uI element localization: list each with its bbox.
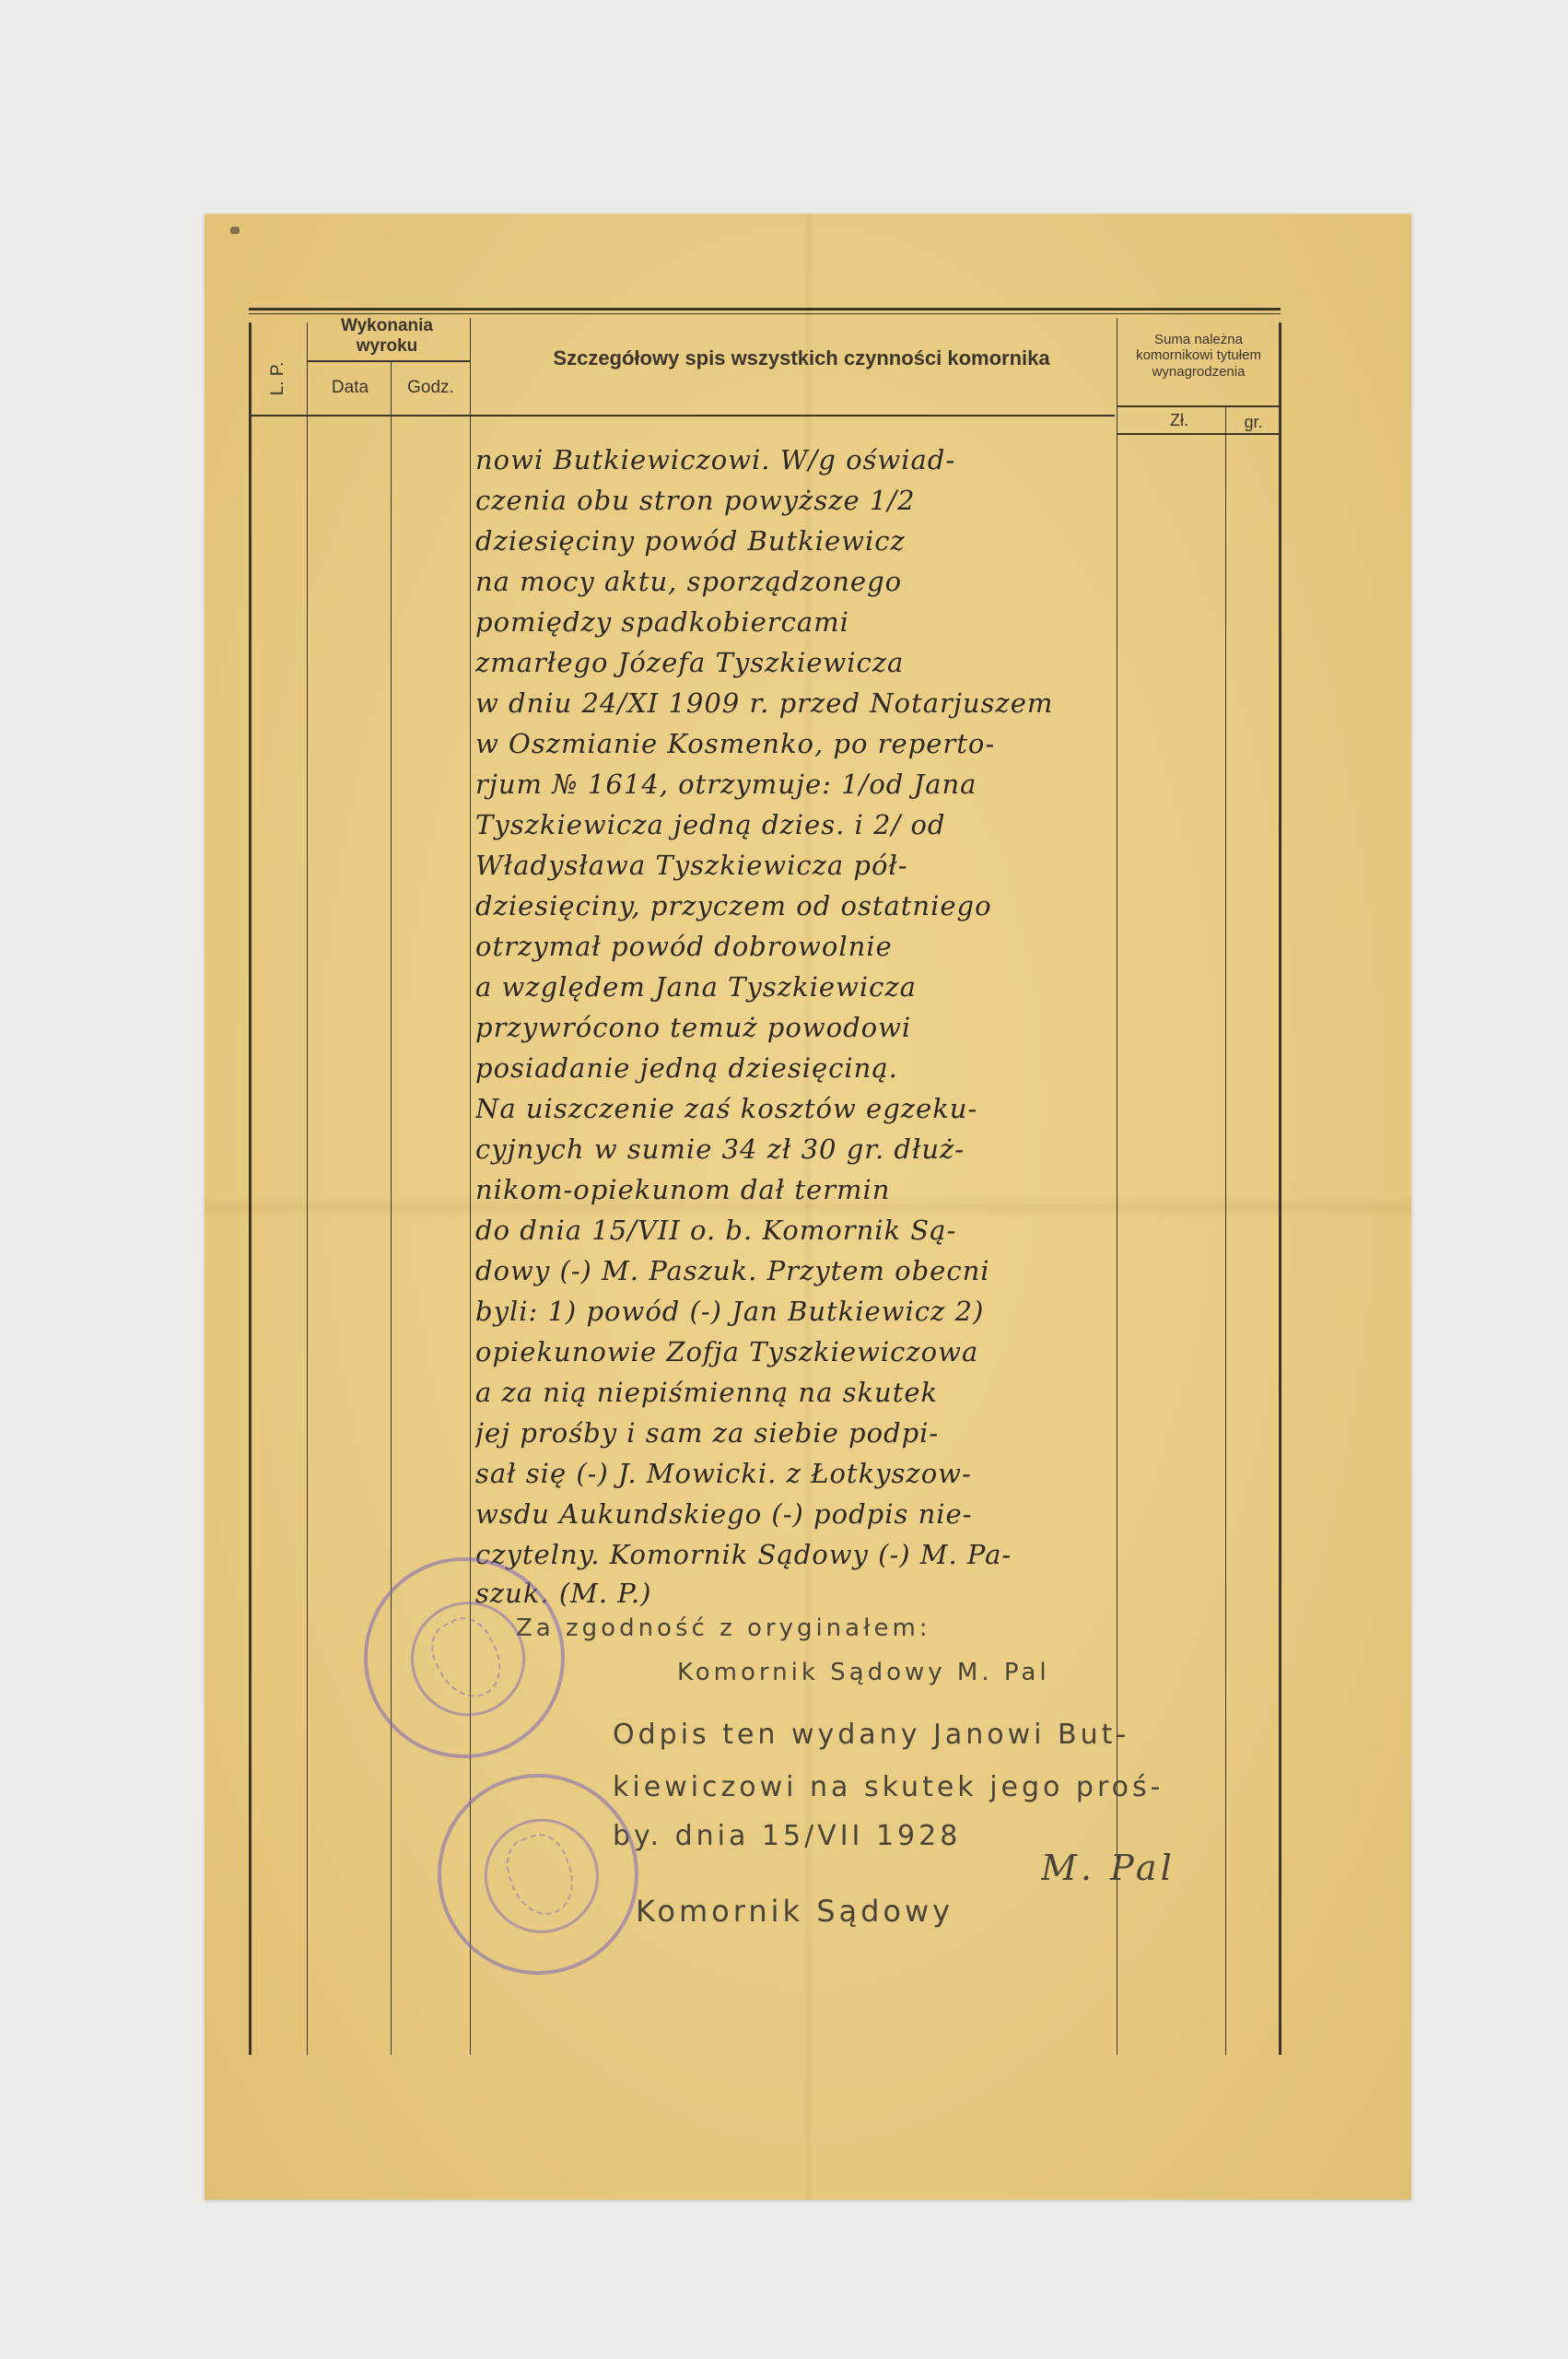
- hw-line: do dnia 15/VII o. b. Komornik Są-: [475, 1215, 1139, 1246]
- zl-column-label: Zł.: [1142, 411, 1216, 430]
- hw-line: rjum № 1614, otrzymuje: 1/od Jana: [475, 769, 1139, 800]
- ink-stain: [230, 227, 240, 234]
- zl-gr-divider: [1225, 407, 1226, 2055]
- main-column-title: Szczegółowy spis wszystkich czynności ko…: [544, 341, 1059, 377]
- hour-column-label: Godz.: [392, 378, 470, 398]
- hw-line: szuk. (M. P.): [475, 1578, 1139, 1609]
- hw-line: a względem Jana Tyszkiewicza: [475, 971, 1139, 1003]
- hw-line: wsdu Aukundskiego (-) podpis nie-: [475, 1498, 1139, 1530]
- hw-line: na mocy aktu, sporządzonego: [475, 566, 1139, 597]
- hw-line: Tyszkiewicza jedną dzies. i 2/ od: [475, 809, 1139, 840]
- hw-line: a za nią niepiśmienną na skutek: [475, 1377, 1139, 1408]
- signature-label: Komornik Sądowy: [636, 1894, 1096, 1929]
- hw-line: dowy (-) M. Paszuk. Przytem obecni: [475, 1255, 1139, 1286]
- left-border: [249, 323, 252, 2055]
- hw-line: dziesięciny, przyczem od ostatniego: [475, 890, 1139, 921]
- hw-line: w dniu 24/XI 1909 r. przed Notarjuszem: [475, 687, 1139, 719]
- certification-signature: Komornik Sądowy M. Pal: [677, 1659, 1340, 1686]
- data-godz-divider: [391, 362, 392, 2055]
- copy-note-line: kiewiczowi na skutek jego proś-: [613, 1771, 1313, 1803]
- hw-line: dziesięciny powód Butkiewicz: [475, 525, 1139, 557]
- certification-line: Za zgodność z oryginałem:: [516, 1614, 1179, 1642]
- lp-column-divider: [307, 323, 308, 2055]
- hw-line: w Oszmianie Kosmenko, po reperto-: [475, 728, 1139, 759]
- header-bottom-rule: [249, 415, 1115, 417]
- hw-line: czytelny. Komornik Sądowy (-) M. Pa-: [475, 1539, 1139, 1570]
- execution-group-label: Wykonania wyroku: [318, 316, 456, 357]
- amount-subheader-rule: [1117, 405, 1281, 407]
- hw-line: sał się (-) J. Mowicki. z Łotkyszow-: [475, 1458, 1139, 1489]
- hw-line: nikom-opiekunom dał termin: [475, 1174, 1139, 1205]
- hw-line: pomiędzy spadkobiercami: [475, 606, 1139, 638]
- date-column-label: Data: [310, 378, 391, 398]
- hw-line: Na uiszczenie zaś kosztów egzeku-: [475, 1093, 1139, 1124]
- hw-line: jej prośby i sam za siebie podpi-: [475, 1417, 1139, 1449]
- hw-line: cyjnych w sumie 34 zł 30 gr. dłuż-: [475, 1133, 1139, 1165]
- header-top-rule: [249, 308, 1281, 311]
- hw-line: byli: 1) powód (-) Jan Butkiewicz 2): [475, 1296, 1139, 1327]
- hw-line: opiekunowie Zofja Tyszkiewiczowa: [475, 1336, 1139, 1367]
- hw-line: nowi Butkiewiczowi. W/g oświad-: [475, 444, 1139, 475]
- gr-column-label: gr.: [1228, 413, 1279, 432]
- amount-bottom-rule: [1117, 433, 1281, 435]
- hw-line: posiadanie jedną dziesięciną.: [475, 1052, 1139, 1084]
- lp-label: L. P.: [268, 342, 288, 416]
- execution-subheader-rule: [308, 360, 470, 362]
- hw-line: zmarłego Józefa Tyszkiewicza: [475, 647, 1139, 678]
- hw-line: przywrócono temuż powodowi: [475, 1012, 1139, 1043]
- hw-line: Władysława Tyszkiewicza pół-: [475, 850, 1139, 881]
- header-top-rule-thin: [249, 313, 1281, 314]
- hw-line: czenia obu stron powyższe 1/2: [475, 485, 1139, 516]
- amount-column-title: Suma należna komornikowi tytułem wynagro…: [1129, 332, 1269, 380]
- signature: M. Pal: [1041, 1848, 1225, 1888]
- hw-line: otrzymał powód dobrowolnie: [475, 931, 1139, 962]
- execution-column-divider: [470, 318, 471, 2055]
- copy-note-line: Odpis ten wydany Janowi But-: [613, 1719, 1313, 1751]
